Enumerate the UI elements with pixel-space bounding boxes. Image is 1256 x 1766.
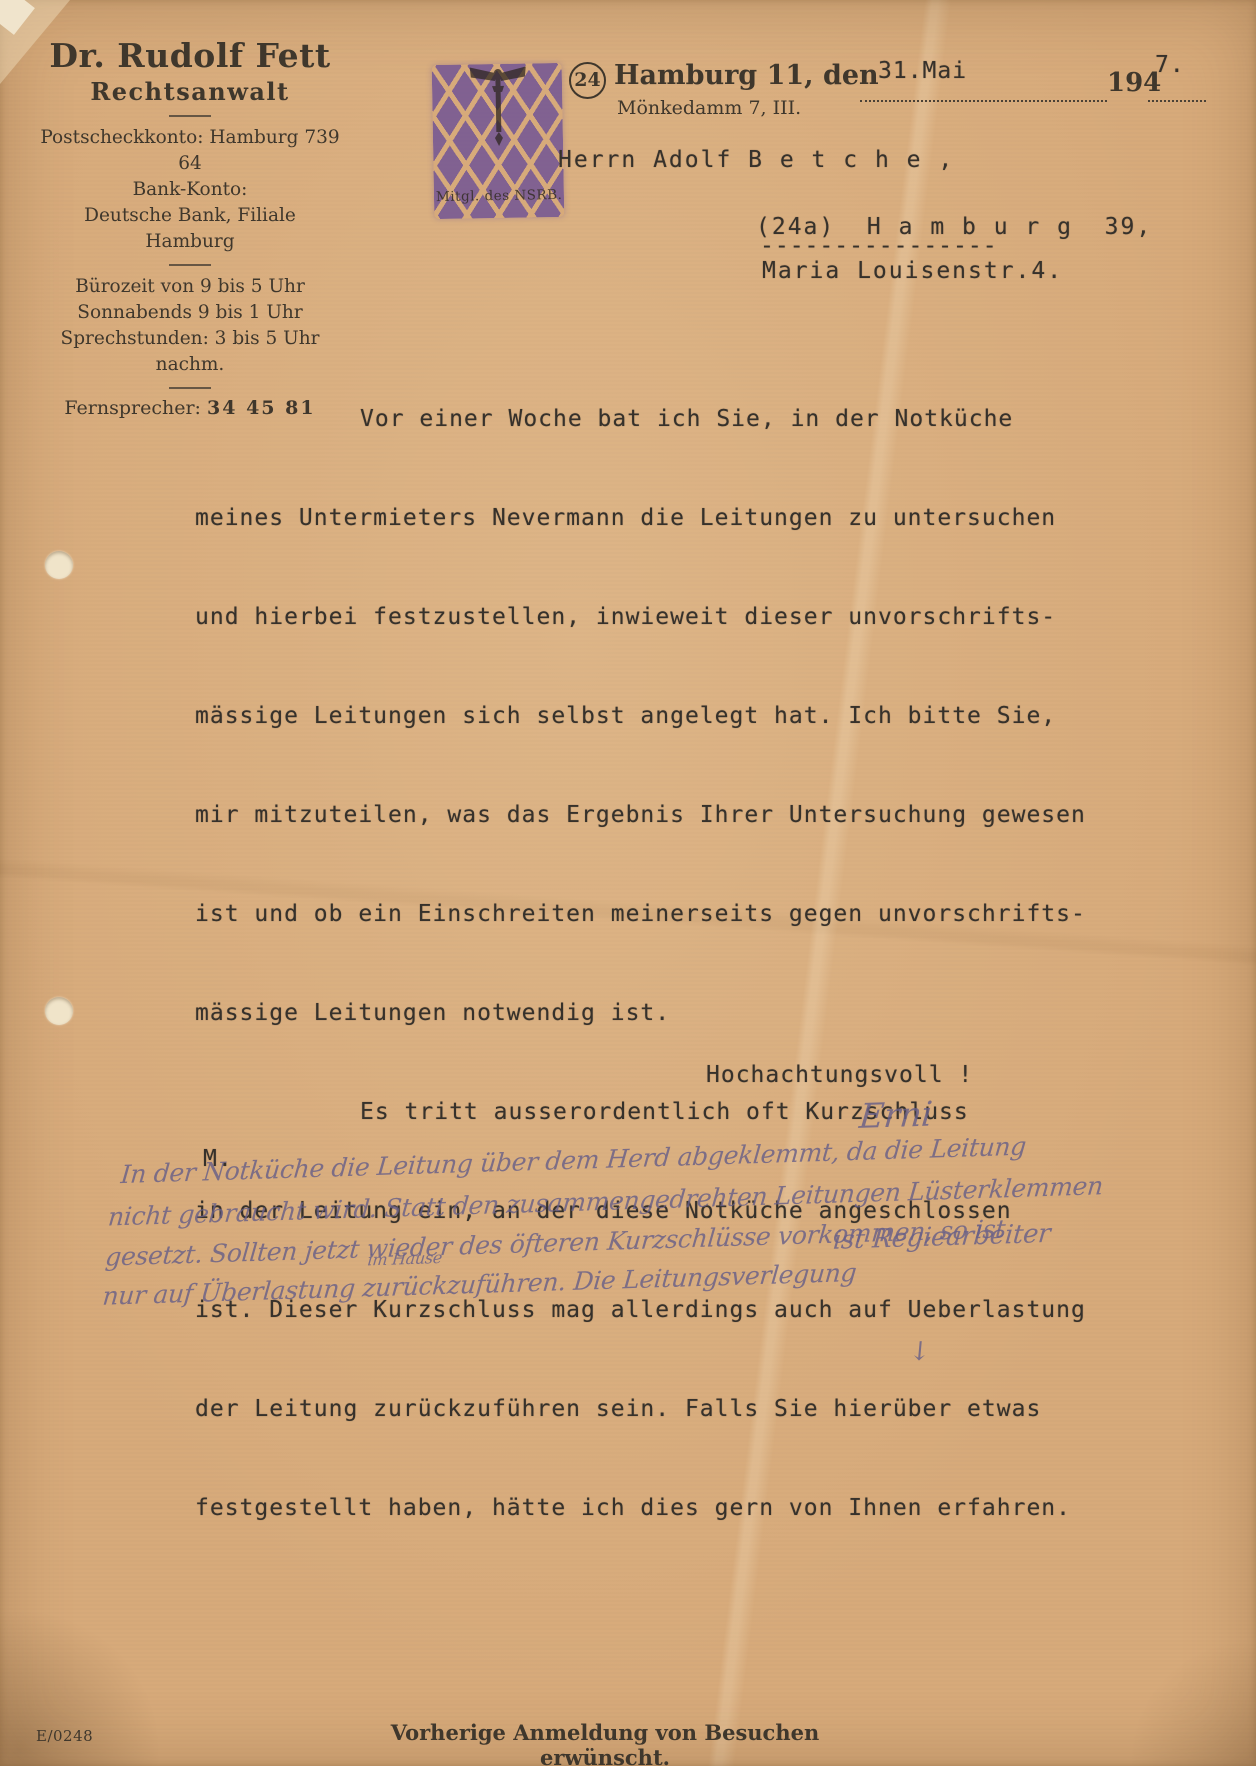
punch-hole xyxy=(45,551,73,579)
city-date-label: Hamburg 11, den xyxy=(614,60,879,91)
letter-line: Vor einer Woche bat ich Sie, in der Notk… xyxy=(195,396,1145,443)
stamp-caption: Mitgl. des NSRB. xyxy=(436,187,576,205)
form-number: E/0248 xyxy=(36,1727,93,1745)
sender-street: Mönkedamm 7, III. xyxy=(617,97,801,119)
bank-name: Deutsche Bank, Filiale Hamburg xyxy=(40,203,340,255)
phone-label: Fernsprecher: xyxy=(64,397,201,419)
footer-notice: Vorherige Anmeldung von Besuchen erwünsc… xyxy=(360,1720,850,1766)
pencil-signature: Erni xyxy=(858,1094,934,1136)
pencil-line-tail: ist Regiearbeiter xyxy=(832,1219,1052,1256)
letter-sheet: Dr. Rudolf Fett Rechtsanwalt Postscheckk… xyxy=(0,0,1256,1766)
letter-line: mässige Leitungen notwendig ist. xyxy=(195,990,1145,1037)
letter-line: mir mitzuteilen, was das Ergebnis Ihrer … xyxy=(195,792,1145,839)
letter-line: und hierbei festzustellen, inwieweit die… xyxy=(195,594,1145,641)
membership-stamp: Mitgl. des NSRB. xyxy=(432,63,565,219)
sender-name: Dr. Rudolf Fett xyxy=(40,36,340,75)
letter-line: festgestellt haben, hätte ich dies gern … xyxy=(195,1485,1145,1532)
postscheck-line: Postscheckkonto: Hamburg 739 64 xyxy=(40,125,340,177)
letter-line: meines Untermieters Nevermann die Leitun… xyxy=(195,495,1145,542)
postal-district-badge: 24 xyxy=(569,62,606,99)
recipient-name: Herrn Adolf B e t c h e , xyxy=(558,147,954,173)
handwritten-annotation: Erni In der Notküche die Leitung über de… xyxy=(113,1086,1153,1448)
bank-label: Bank-Konto: xyxy=(40,177,340,203)
letter-line: mässige Leitungen sich selbst angelegt h… xyxy=(195,693,1145,740)
sender-title: Rechtsanwalt xyxy=(40,77,340,106)
divider xyxy=(169,264,211,266)
letter-line: ist und ob ein Einschreiten meinerseits … xyxy=(195,891,1145,938)
pencil-arrow-icon: ↓ xyxy=(907,1337,931,1368)
punch-hole xyxy=(45,997,73,1025)
recipient-underline: ---------------- xyxy=(760,233,998,259)
recipient-street: Maria Louisenstr.4. xyxy=(762,258,1063,284)
eagle-emblem-icon xyxy=(468,63,529,150)
divider xyxy=(169,115,211,117)
saturday-hours: Sonnabends 9 bis 1 Uhr xyxy=(40,300,340,326)
typed-year-digit: 7. xyxy=(1155,52,1185,78)
closing-salutation: Hochachtungsvoll ! xyxy=(706,1062,973,1088)
typed-date: 31.Mai xyxy=(878,58,967,84)
office-hours: Bürozeit von 9 bis 5 Uhr xyxy=(40,274,340,300)
pencil-insertion: im Hause xyxy=(367,1248,443,1269)
